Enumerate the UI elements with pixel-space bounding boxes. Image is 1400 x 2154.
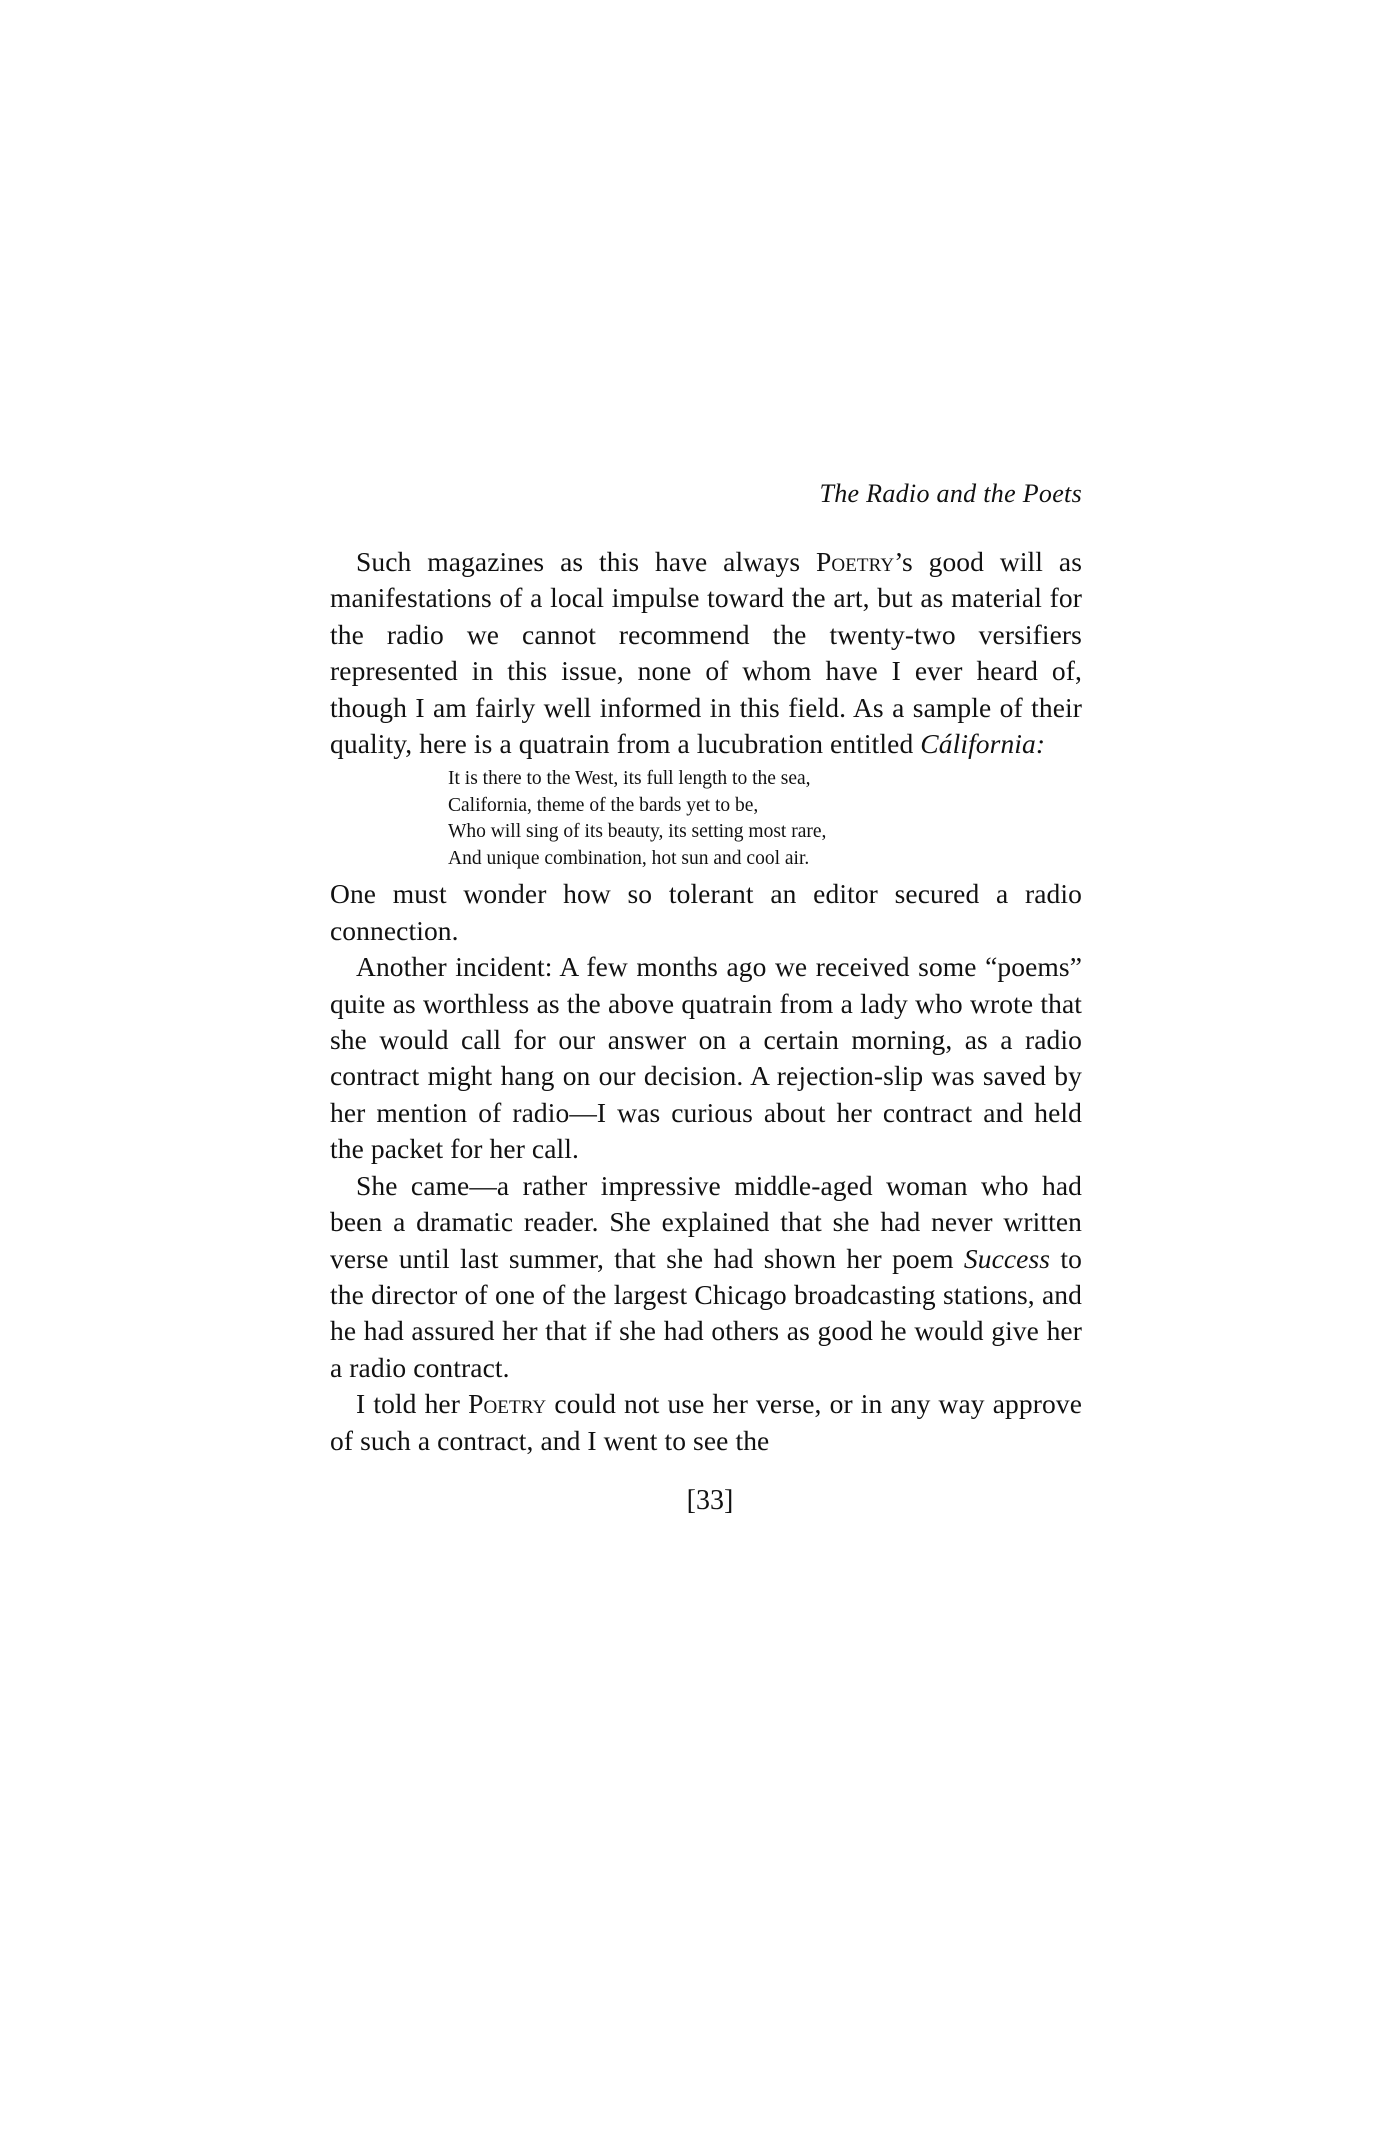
document-page: The Radio and the Poets Such magazines a… xyxy=(330,476,1082,1519)
paragraph-1: Such magazines as this have always Poetr… xyxy=(330,544,1082,762)
quoted-quatrain: It is there to the West, its full length… xyxy=(448,766,1082,872)
paragraph-2: One must wonder how so tolerant an edito… xyxy=(330,876,1082,949)
paragraph-1-text-a: Such magazines as this have always xyxy=(356,546,816,577)
body-text: Such magazines as this have always Poetr… xyxy=(330,544,1082,1459)
poem-title-california: Cálifornia: xyxy=(920,728,1045,759)
running-head: The Radio and the Poets xyxy=(330,476,1082,512)
poem-line-4: And unique combination, hot sun and cool… xyxy=(448,846,1082,873)
poem-title-success: Success xyxy=(964,1243,1050,1274)
poetry-smallcaps: Poetry xyxy=(468,1388,546,1419)
paragraph-3: Another incident: A few months ago we re… xyxy=(330,949,1082,1167)
paragraph-5-text-a: I told her xyxy=(356,1388,468,1419)
page-number: [33] xyxy=(330,1483,1082,1519)
poem-line-2: California, theme of the bards yet to be… xyxy=(448,793,1082,820)
poetry-smallcaps: Poetry xyxy=(816,546,894,577)
paragraph-4: She came—a rather impressive middle-aged… xyxy=(330,1168,1082,1386)
poem-line-3: Who will sing of its beauty, its setting… xyxy=(448,819,1082,846)
paragraph-5: I told her Poetry could not use her vers… xyxy=(330,1386,1082,1459)
poem-line-1: It is there to the West, its full length… xyxy=(448,766,1082,793)
